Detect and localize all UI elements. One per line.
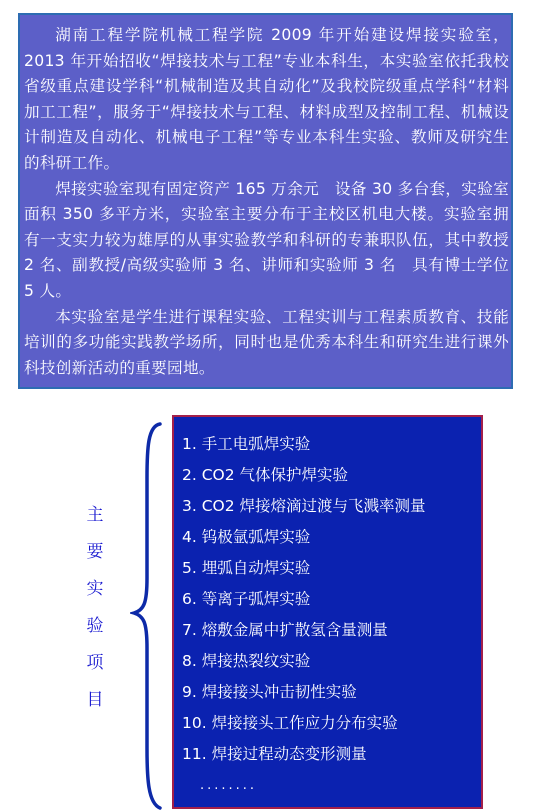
- list-item: 8. 焊接热裂纹实验: [182, 646, 481, 677]
- experiment-list: 1. 手工电弧焊实验 2. CO2 气体保护焊实验 3. CO2 焊接熔滴过渡与…: [172, 415, 483, 809]
- list-item: 9. 焊接接头冲击韧性实验: [182, 677, 481, 708]
- intro-paragraph-2: 焊接实验室现有固定资产 165 万余元 设备 30 多台套，实验室面积 350 …: [24, 177, 509, 305]
- intro-text-box: 湖南工程学院机械工程学院 2009 年开始建设焊接实验室，2013 年开始招收“…: [18, 13, 513, 389]
- label-char: 主: [84, 497, 106, 534]
- label-char: 项: [84, 645, 106, 682]
- intro-paragraph-3: 本实验室是学生进行课程实验、工程实训与工程素质教育、技能培训的多功能实践教学场所…: [24, 305, 509, 382]
- label-char: 要: [84, 534, 106, 571]
- curly-brace-icon: [130, 418, 166, 812]
- intro-paragraph-1: 湖南工程学院机械工程学院 2009 年开始建设焊接实验室，2013 年开始招收“…: [24, 23, 509, 177]
- list-ellipsis: ........: [182, 770, 481, 801]
- list-item: 6. 等离子弧焊实验: [182, 584, 481, 615]
- list-item: 10. 焊接接头工作应力分布实验: [182, 708, 481, 739]
- list-item: 5. 埋弧自动焊实验: [182, 553, 481, 584]
- list-item: 7. 熔敷金属中扩散氢含量测量: [182, 615, 481, 646]
- main-projects-label: 主 要 实 验 项 目: [84, 497, 106, 719]
- list-item: 1. 手工电弧焊实验: [182, 429, 481, 460]
- label-char: 目: [84, 682, 106, 719]
- label-char: 验: [84, 608, 106, 645]
- list-item: 11. 焊接过程动态变形测量: [182, 739, 481, 770]
- list-item: 3. CO2 焊接熔滴过渡与飞溅率测量: [182, 491, 481, 522]
- list-item: 4. 钨极氩弧焊实验: [182, 522, 481, 553]
- label-char: 实: [84, 571, 106, 608]
- list-item: 2. CO2 气体保护焊实验: [182, 460, 481, 491]
